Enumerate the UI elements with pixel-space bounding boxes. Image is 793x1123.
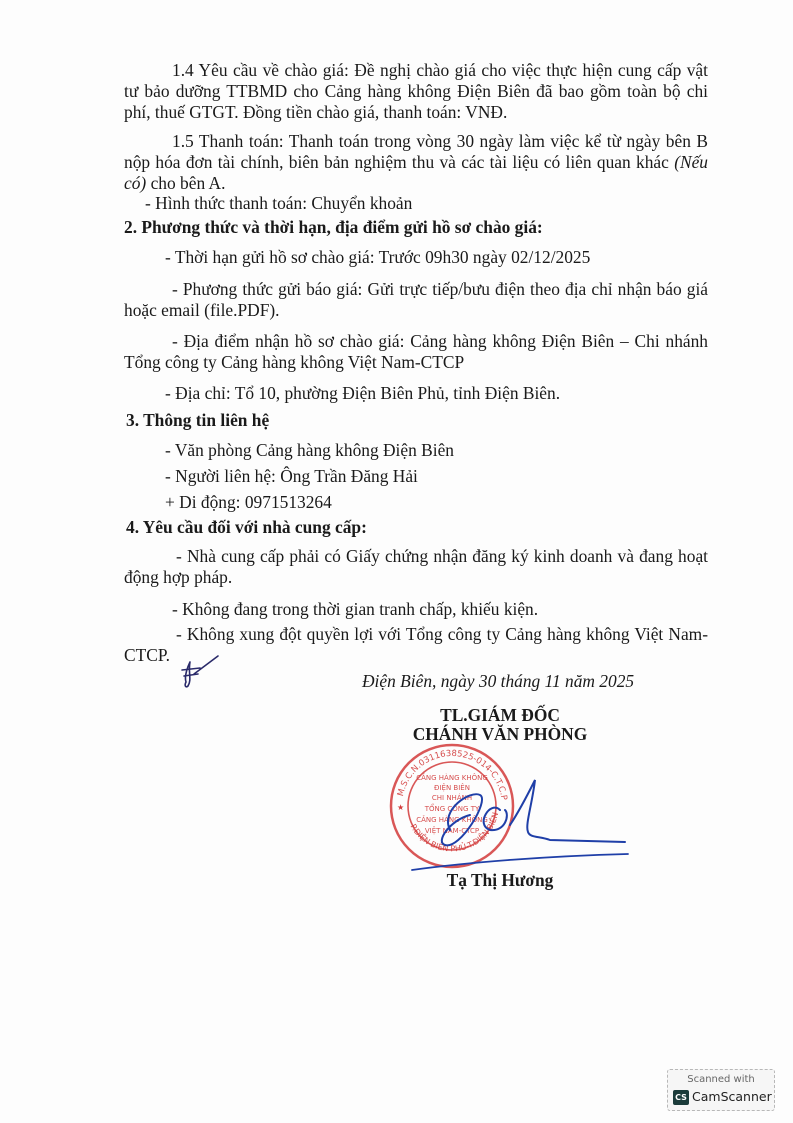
contact-person: - Người liên hệ: Ông Trần Đăng Hải	[165, 466, 418, 487]
initials-icon	[178, 652, 220, 692]
address: - Địa chỉ: Tổ 10, phường Điện Biên Phủ, …	[165, 383, 560, 404]
watermark-line-2: CamScanner	[692, 1089, 772, 1104]
signer-name: Tạ Thị Hương	[380, 870, 620, 891]
submission-method: - Phương thức gửi báo giá: Gửi trực tiếp…	[124, 279, 708, 321]
requirement-1: - Nhà cung cấp phải có Giấy chứng nhận đ…	[124, 546, 708, 588]
paragraph-1-4: 1.4 Yêu cầu về chào giá: Đề nghị chào gi…	[124, 60, 708, 123]
payment-method: - Hình thức thanh toán: Chuyển khoản	[145, 193, 412, 214]
paragraph-1-5-text: 1.5 Thanh toán: Thanh toán trong vòng 30…	[124, 131, 708, 172]
contact-office: - Văn phòng Cảng hàng không Điện Biên	[165, 440, 454, 461]
submission-location: - Địa điểm nhận hồ sơ chào giá: Cảng hàn…	[124, 331, 708, 373]
svg-text:★: ★	[397, 803, 404, 812]
camscanner-watermark: Scanned with CS CamScanner	[667, 1069, 775, 1111]
deadline: - Thời hạn gửi hồ sơ chào giá: Trước 09h…	[165, 247, 590, 268]
paragraph-1-5: 1.5 Thanh toán: Thanh toán trong vòng 30…	[124, 131, 708, 194]
requirement-2: - Không đang trong thời gian tranh chấp,…	[172, 599, 538, 620]
section-2-heading: 2. Phương thức và thời hạn, địa điểm gửi…	[124, 217, 543, 238]
signer-title-1: TL.GIÁM ĐỐC	[380, 706, 620, 725]
camscanner-logo-icon: CS	[673, 1090, 689, 1105]
handwritten-signature-icon	[410, 770, 630, 880]
section-4-heading: 4. Yêu cầu đối với nhà cung cấp:	[126, 517, 367, 538]
document-page: 1.4 Yêu cầu về chào giá: Đề nghị chào gi…	[0, 0, 793, 1123]
signature-block: TL.GIÁM ĐỐC CHÁNH VĂN PHÒNG	[380, 706, 620, 744]
watermark-line-1: Scanned with	[668, 1074, 774, 1085]
contact-mobile: + Di động: 0971513264	[165, 492, 332, 513]
section-3-heading: 3. Thông tin liên hệ	[126, 410, 269, 431]
paragraph-1-5-tail: cho bên A.	[146, 173, 225, 193]
place-and-date: Điện Biên, ngày 30 tháng 11 năm 2025	[362, 671, 634, 692]
